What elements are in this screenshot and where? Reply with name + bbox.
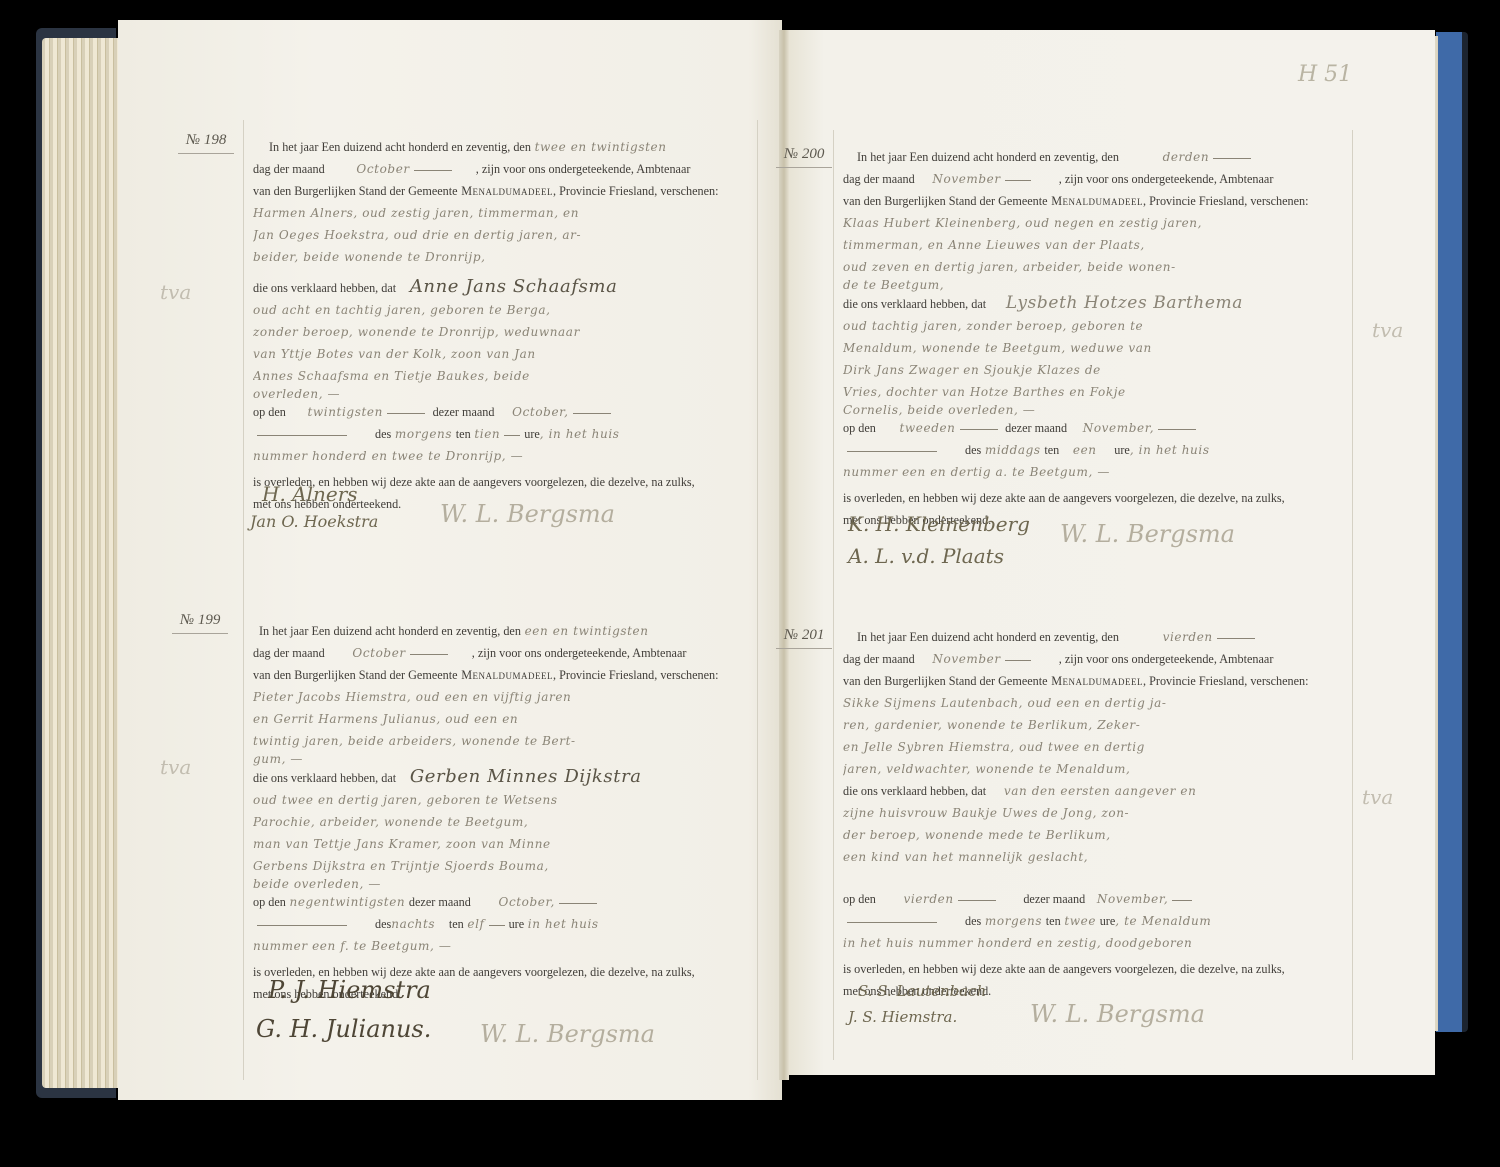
book-gutter (779, 30, 789, 1080)
form-line2b: , zijn voor ons ondergeteekende, Ambtena… (476, 162, 691, 176)
act-number-200: № 200 (776, 146, 832, 168)
detail-line: van den eersten aangever en (1004, 784, 1197, 798)
month-written: November (932, 172, 1000, 186)
detail-line: van Yttje Botes van der Kolk, zoon van J… (253, 343, 758, 365)
informant-line: Harmen Alners, oud zestig jaren, timmerm… (253, 202, 758, 224)
act-number-198: № 198 (178, 132, 234, 154)
signature-informant-1: P. J. Hiemstra (268, 976, 431, 1004)
form-ure: ure (524, 427, 540, 441)
detail-line: oud twee en dertig jaren, geboren te Wet… (253, 789, 758, 811)
signature-informant-1: H. Alners (262, 482, 358, 506)
detail-line: Menaldum, wonende te Beetgum, weduwe van (843, 337, 1353, 359)
place-a: in het huis (528, 917, 599, 931)
deceased-name: Lysbeth Hotzes Barthema (1006, 293, 1243, 313)
form-des: des (375, 917, 391, 931)
informant-line: en Gerrit Harmens Julianus, oud een en (253, 708, 758, 730)
municipality: Menaldumadeel (1051, 194, 1143, 208)
death-month: November, (1083, 421, 1154, 435)
form-ten: ten (1044, 443, 1059, 457)
detail-line: Vries, dochter van Hotze Barthes en Fokj… (843, 381, 1353, 403)
hour: twee (1064, 914, 1096, 928)
death-day: vierden (904, 892, 954, 906)
form-des: des (965, 443, 981, 457)
form-des: des (375, 427, 391, 441)
form-line1: In het jaar Een duizend acht honderd en … (843, 150, 1119, 164)
form-line2: dag der maand (253, 162, 325, 176)
form-on-the: op den (843, 421, 876, 435)
form-this-month: dezer maand (409, 895, 471, 909)
act-number-201: № 201 (776, 627, 832, 649)
signature-official: W. L. Bergsma (480, 1020, 655, 1048)
signature-official: W. L. Bergsma (1060, 520, 1235, 548)
deceased-name: Gerben Minnes Dijkstra (410, 766, 642, 787)
detail-line: Gerbens Dijkstra en Trijntje Sjoerds Bou… (253, 855, 758, 877)
death-month: November, (1097, 892, 1168, 906)
informant-line: Jan Oeges Hoekstra, oud drie en dertig j… (253, 224, 758, 246)
informant-line: ren, gardenier, wonende te Berlikum, Zek… (843, 714, 1353, 736)
death-month: October, (512, 405, 568, 419)
signature-informant-2: Jan O. Hoekstra (250, 512, 378, 531)
margin-annotation-201: tva (1362, 785, 1393, 809)
form-ure: ure (1114, 443, 1130, 457)
act-198: In het jaar Een duizend acht honderd en … (253, 136, 758, 515)
form-closing1: is overleden, en hebben wij deze akte aa… (843, 487, 1353, 509)
form-line1: In het jaar Een duizend acht honderd en … (253, 624, 521, 638)
hour: tien (474, 427, 500, 441)
detail-line: beide overleden, — (253, 877, 758, 891)
form-des: des (965, 914, 981, 928)
informant-line: Klaas Hubert Kleinenberg, oud negen en z… (843, 212, 1353, 234)
place-line: nummer honderd en twee te Dronrijp, — (253, 445, 758, 467)
form-line3b: , Provincie Friesland, verschenen: (553, 668, 719, 682)
signature-informant-2: A. L. v.d. Plaats (848, 544, 1004, 568)
form-on-the: op den (253, 405, 286, 419)
deceased-name: Anne Jans Schaafsma (410, 276, 618, 297)
form-ten: ten (456, 427, 471, 441)
form-ure: ure (1100, 914, 1116, 928)
act-201: In het jaar Een duizend acht honderd en … (843, 626, 1353, 1002)
left-column-rule (243, 120, 244, 1080)
form-declared: die ons verklaard hebben, dat (843, 784, 986, 798)
form-declared: die ons verklaard hebben, dat (253, 771, 396, 785)
form-line3: van den Burgerlijken Stand der Gemeente (843, 194, 1048, 208)
form-line2b: , zijn voor ons ondergeteekende, Ambtena… (472, 646, 687, 660)
form-declared: die ons verklaard hebben, dat (253, 281, 396, 295)
right-column-rule (833, 130, 834, 1060)
signature-informant-1: K. H. Kleinenberg (848, 512, 1030, 536)
month-written: October (352, 646, 405, 660)
detail-line: Annes Schaafsma en Tietje Baukes, beide (253, 365, 758, 387)
municipality: Menaldumadeel (461, 184, 553, 198)
day-written: twee en twintigsten (535, 140, 667, 154)
informant-line: en Jelle Sybren Hiemstra, oud twee en de… (843, 736, 1353, 758)
informant-line: Pieter Jacobs Hiemstra, oud een en vijft… (253, 686, 758, 708)
signature-informant-2: G. H. Julianus. (256, 1015, 431, 1043)
place-a: , in het huis (540, 427, 620, 441)
death-day: twintigsten (308, 405, 383, 419)
folio-number: H 51 (1298, 62, 1352, 87)
hour: elf (467, 917, 484, 931)
form-closing1: is overleden, en hebben wij deze akte aa… (843, 958, 1353, 980)
municipality: Menaldumadeel (1051, 674, 1143, 688)
informant-line: jaren, veldwachter, wonende te Menaldum, (843, 758, 1353, 780)
form-line3: van den Burgerlijken Stand der Gemeente (253, 184, 458, 198)
death-day: negentwintigsten (290, 895, 406, 909)
detail-line: Cornelis, beide overleden, — (843, 403, 1353, 417)
place-line: nummer een f. te Beetgum, — (253, 935, 758, 957)
form-line2: dag der maand (843, 652, 915, 666)
margin-annotation-198: tva (160, 280, 191, 304)
municipality: Menaldumadeel (461, 668, 553, 682)
day-written: vierden (1163, 630, 1213, 644)
form-ten: ten (1046, 914, 1061, 928)
informant-line: timmerman, en Anne Lieuwes van der Plaat… (843, 234, 1353, 256)
detail-line: overleden, — (253, 387, 758, 401)
form-on-the: op den (253, 895, 286, 909)
informant-line: twintig jaren, beide arbeiders, wonende … (253, 730, 758, 752)
death-day: tweeden (900, 421, 956, 435)
time-of-day: morgens (395, 427, 452, 441)
detail-line: der beroep, wonende mede te Berlikum, (843, 824, 1353, 846)
signature-informant-1: S. S. Lautenbach (858, 982, 986, 1000)
place-line: in het huis nummer honderd en zestig, do… (843, 932, 1353, 954)
time-of-day: morgens (985, 914, 1042, 928)
form-declared: die ons verklaard hebben, dat (843, 297, 986, 311)
form-line2: dag der maand (253, 646, 325, 660)
act-199: In het jaar Een duizend acht honderd en … (253, 620, 758, 1005)
signature-official: W. L. Bergsma (440, 500, 615, 528)
place-a: , in het huis (1130, 443, 1210, 457)
form-ten: ten (449, 917, 464, 931)
form-line3b: , Provincie Friesland, verschenen: (1143, 674, 1309, 688)
detail-line: een kind van het mannelijk geslacht, (843, 846, 1353, 868)
form-line1: In het jaar Een duizend acht honderd en … (843, 630, 1119, 644)
book-cover-right (1436, 32, 1468, 1032)
form-ure: ure (509, 917, 525, 931)
margin-annotation-200: tva (1372, 318, 1403, 342)
month-written: November (932, 652, 1000, 666)
place-a: , te Menaldum (1115, 914, 1211, 928)
time-of-day: nachts (391, 917, 435, 931)
form-line2: dag der maand (843, 172, 915, 186)
detail-line: Parochie, arbeider, wonende te Beetgum, (253, 811, 758, 833)
detail-line: zonder beroep, wonende te Dronrijp, wedu… (253, 321, 758, 343)
form-line2b: , zijn voor ons ondergeteekende, Ambtena… (1059, 652, 1274, 666)
form-line3b: , Provincie Friesland, verschenen: (553, 184, 719, 198)
hour: een (1073, 443, 1097, 457)
form-line3: van den Burgerlijken Stand der Gemeente (843, 674, 1048, 688)
form-this-month: dezer maand (1023, 892, 1085, 906)
informant-line: oud zeven en dertig jaren, arbeider, bei… (843, 256, 1353, 278)
signature-informant-2: J. S. Hiemstra. (848, 1008, 957, 1026)
detail-line: oud acht en tachtig jaren, geboren te Be… (253, 299, 758, 321)
form-line3b: , Provincie Friesland, verschenen: (1143, 194, 1309, 208)
margin-annotation-199: tva (160, 755, 191, 779)
time-of-day: middags (985, 443, 1041, 457)
month-written: October (356, 162, 409, 176)
form-this-month: dezer maand (1005, 421, 1067, 435)
form-on-the: op den (843, 892, 876, 906)
page-edges-left (42, 38, 122, 1088)
detail-line: man van Tettje Jans Kramer, zoon van Min… (253, 833, 758, 855)
day-written: een en twintigsten (525, 624, 649, 638)
act-number-199: № 199 (172, 612, 228, 634)
form-line1: In het jaar Een duizend acht honderd en … (253, 140, 531, 154)
act-200: In het jaar Een duizend acht honderd en … (843, 146, 1353, 531)
signature-official: W. L. Bergsma (1030, 1000, 1205, 1028)
detail-line: zijne huisvrouw Baukje Uwes de Jong, zon… (843, 802, 1353, 824)
day-written: derden (1163, 150, 1210, 164)
detail-line: Dirk Jans Zwager en Sjoukje Klazes de (843, 359, 1353, 381)
form-line3: van den Burgerlijken Stand der Gemeente (253, 668, 458, 682)
informant-line: Sikke Sijmens Lautenbach, oud een en der… (843, 692, 1353, 714)
place-line: nummer een en dertig a. te Beetgum, — (843, 461, 1353, 483)
form-this-month: dezer maand (433, 405, 495, 419)
informant-line: beider, beide wonende te Dronrijp, (253, 246, 758, 268)
form-line2b: , zijn voor ons ondergeteekende, Ambtena… (1059, 172, 1274, 186)
informant-line: de te Beetgum, (843, 278, 1353, 292)
detail-line: oud tachtig jaren, zonder beroep, gebore… (843, 315, 1353, 337)
death-month: October, (499, 895, 555, 909)
informant-line: gum, — (253, 752, 758, 766)
